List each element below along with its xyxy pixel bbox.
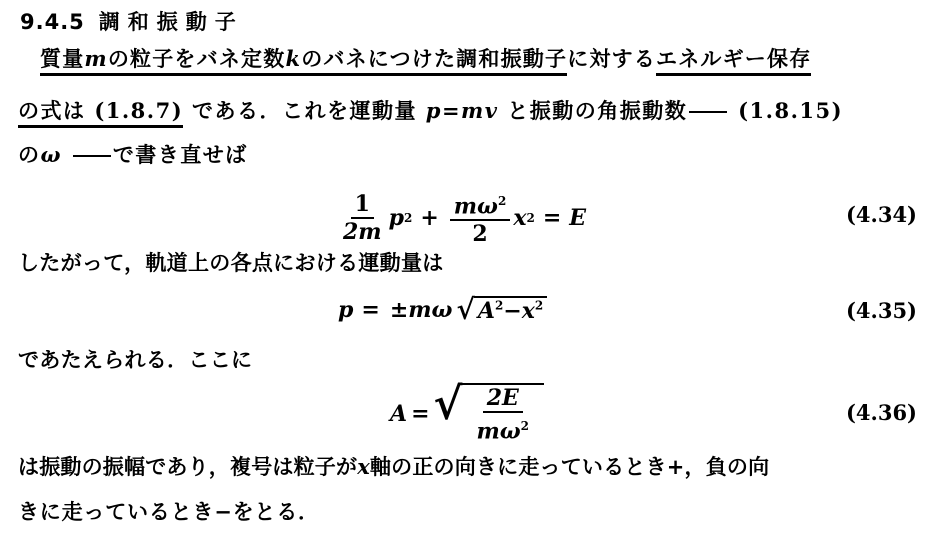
square-root: √ A2−x2 xyxy=(457,296,548,324)
math-x: x xyxy=(522,298,535,324)
equation-reference: (1.8.15) xyxy=(738,98,843,123)
math-plus-minus-m-omega: ±mω xyxy=(390,297,453,323)
equation-number: (4.35) xyxy=(846,298,917,323)
math-x: x xyxy=(513,205,526,231)
fraction: 1 2m xyxy=(339,191,386,245)
equals-sign: = xyxy=(361,297,379,323)
math-A: A xyxy=(478,298,495,324)
math-A: A xyxy=(390,401,407,427)
section-heading: 9.4.5調和振動子 xyxy=(20,6,244,36)
denominator: 2 xyxy=(468,221,491,247)
text: 2E xyxy=(487,385,519,411)
paragraph2-line: したがって，軌道上の各点における運動量は xyxy=(18,248,444,278)
radical-sign-icon: √ xyxy=(434,383,463,444)
paragraph1-line1: 質量mの粒子をバネ定数kのバネにつけた調和振動子に対するエネルギー保存 xyxy=(40,44,811,74)
denominator: mω2 xyxy=(472,413,533,444)
text: である．これを運動量 xyxy=(192,99,417,123)
numerator: 1 xyxy=(351,191,374,219)
fraction: mω2 2 xyxy=(450,188,511,247)
text: 軸の正の向きに走っているとき+，負の向 xyxy=(370,455,769,479)
denominator: 2m xyxy=(339,219,386,245)
numerator: mω2 xyxy=(450,188,511,221)
equation-number: (4.36) xyxy=(846,400,917,425)
paragraph1-line2: の式は (1.8.7) である．これを運動量 p=mv と振動の角振動数 (1.… xyxy=(18,96,843,126)
math-p: p xyxy=(389,205,404,231)
paragraph3-line: であたえられる．ここに xyxy=(18,345,252,375)
text: で書き直せば xyxy=(113,143,248,167)
math-k: k xyxy=(285,46,301,71)
exponent: 2 xyxy=(535,299,543,313)
exponent: 2 xyxy=(521,419,529,433)
paragraph1-line3: のω で書き直せば xyxy=(18,140,248,170)
underlined-phrase-harmonic-oscillator: 質量mの粒子をバネ定数kのバネにつけた調和振動子 xyxy=(40,47,567,76)
text: の式は xyxy=(18,99,86,123)
exponent: 2 xyxy=(527,211,535,225)
section-title: 調和振動子 xyxy=(99,10,244,34)
equals-sign: = xyxy=(411,401,429,427)
paragraph4-line2: きに走っているとき−をとる． xyxy=(18,497,320,527)
equation-number: (4.34) xyxy=(846,202,917,227)
section-number: 9.4.5 xyxy=(20,10,85,34)
math-x: x xyxy=(357,454,370,479)
numerator: 2E xyxy=(483,385,523,413)
text: は振動の振幅であり，複号は粒子が xyxy=(18,455,357,479)
text: の xyxy=(18,143,41,167)
minus-sign: − xyxy=(503,298,521,324)
text: に対する xyxy=(567,47,656,71)
textbook-page: 9.4.5調和振動子 質量mの粒子をバネ定数kのバネにつけた調和振動子に対するエ… xyxy=(0,0,939,533)
math-momentum-definition: p=mv xyxy=(426,98,499,123)
exponent: 2 xyxy=(404,211,412,225)
radicand: A2−x2 xyxy=(474,296,547,324)
radicand: 2E mω2 xyxy=(461,383,544,444)
square-root: √ 2E mω2 xyxy=(434,383,545,444)
exponent: 2 xyxy=(498,194,506,208)
em-dash xyxy=(73,155,111,157)
equals-sign: = xyxy=(543,205,561,231)
text: の粒子をバネ定数 xyxy=(108,47,286,71)
text: 2m xyxy=(343,219,382,245)
equation-4-35: p = ±mω √ A2−x2 xyxy=(338,296,547,324)
underlined-phrase-energy-conservation: エネルギー保存 xyxy=(656,47,811,76)
plus-sign: + xyxy=(420,205,438,231)
text: と振動の角振動数 xyxy=(507,99,687,123)
math-p: p xyxy=(338,297,353,323)
equation-reference: (1.8.7) xyxy=(94,98,183,123)
em-dash xyxy=(689,111,727,113)
text: mω xyxy=(476,418,520,444)
paragraph4-line1: は振動の振幅であり，複号は粒子がx軸の正の向きに走っているとき+，負の向 xyxy=(18,452,769,482)
text: 質量 xyxy=(40,47,84,71)
text: mω xyxy=(454,193,498,219)
text: のバネにつけた調和振動子 xyxy=(301,47,567,71)
equation-4-36: A = √ 2E mω2 xyxy=(390,383,544,444)
fraction: 2E mω2 xyxy=(472,385,533,444)
math-omega: ω xyxy=(41,142,63,167)
math-m: m xyxy=(84,46,107,71)
underlined-phrase-formula-ref: の式は (1.8.7) xyxy=(18,99,183,128)
equation-4-34: 1 2m p2 + mω2 2 x2 = E xyxy=(336,188,586,247)
math-E: E xyxy=(569,205,586,231)
radical-sign-icon: √ xyxy=(457,296,475,324)
